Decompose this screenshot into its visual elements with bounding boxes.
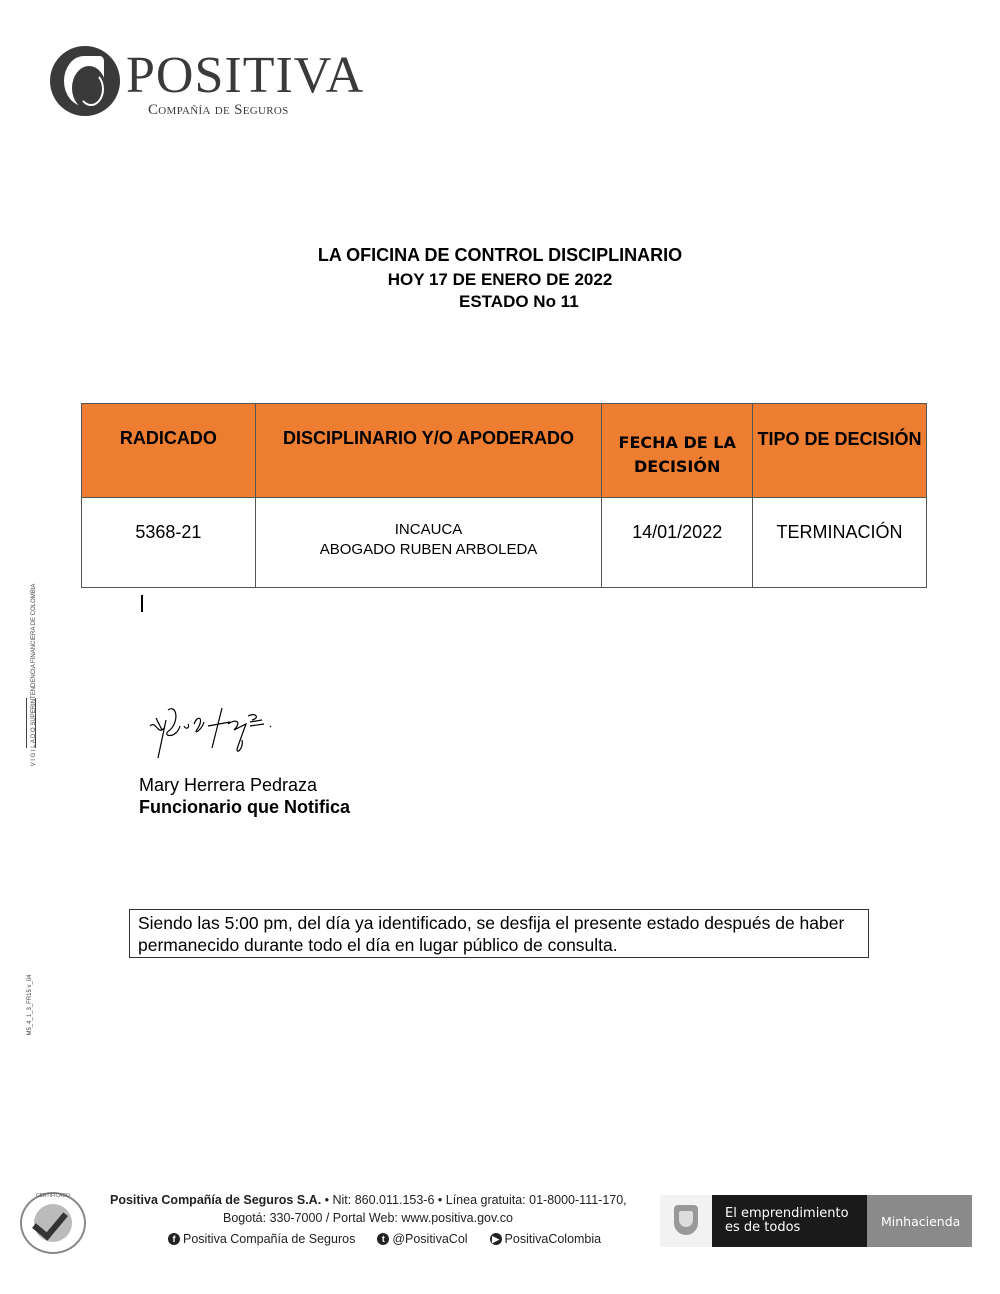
logo-name: POSITIVA	[126, 50, 364, 102]
social-twitter[interactable]: t @PositivaCol	[377, 1232, 467, 1246]
footer-social-links: f Positiva Compañía de Seguros t @Positi…	[168, 1232, 601, 1246]
twitter-icon: t	[377, 1233, 389, 1245]
col-tipo: TIPO DE DECISIÓN	[753, 404, 927, 498]
certification-seal-icon: CERTIFICADO	[20, 1192, 86, 1254]
government-banner: El emprendimiento es de todos Minhaciend…	[660, 1195, 972, 1247]
positiva-emblem-icon	[50, 46, 120, 116]
signatory-name: Mary Herrera Pedraza	[139, 775, 317, 796]
footer-company-line: Positiva Compañía de Seguros S.A. • Nit:…	[110, 1193, 627, 1207]
date-title: HOY 17 DE ENERO DE 2022	[0, 270, 1000, 290]
table-row: 5368-21 INCAUCA ABOGADO RUBEN ARBOLEDA 1…	[82, 498, 927, 588]
signature-image	[146, 700, 326, 760]
col-radicado: RADICADO	[82, 404, 256, 498]
social-youtube[interactable]: ▶ PositivaColombia	[490, 1232, 602, 1246]
social-facebook[interactable]: f Positiva Compañía de Seguros	[168, 1232, 355, 1246]
cell-disciplinario: INCAUCA ABOGADO RUBEN ARBOLEDA	[255, 498, 601, 588]
cell-radicado: 5368-21	[82, 498, 256, 588]
apoderado-name: ABOGADO RUBEN ARBOLEDA	[257, 540, 600, 560]
signatory-role: Funcionario que Notifica	[139, 797, 350, 818]
footer-company-name: Positiva Compañía de Seguros S.A.	[110, 1193, 321, 1207]
positiva-logo: POSITIVA Compañía de Seguros	[50, 46, 340, 126]
cell-tipo: TERMINACIÓN	[753, 498, 927, 588]
text-cursor-mark	[141, 595, 143, 612]
gov-ministry: Minhacienda	[867, 1195, 972, 1247]
cell-fecha: 14/01/2022	[602, 498, 753, 588]
gov-slogan: El emprendimiento es de todos	[712, 1195, 867, 1247]
logo-subtitle: Compañía de Seguros	[148, 102, 289, 119]
footer-web-line: Bogotá: 330-7000 / Portal Web: www.posit…	[223, 1211, 513, 1225]
office-title: LA OFICINA DE CONTROL DISCIPLINARIO	[0, 245, 1000, 266]
desfijacion-note: Siendo las 5:00 pm, del día ya identific…	[129, 909, 869, 958]
table-header-row: RADICADO DISCIPLINARIO Y/O APODERADO FEC…	[82, 404, 927, 498]
estado-table: RADICADO DISCIPLINARIO Y/O APODERADO FEC…	[81, 403, 927, 588]
colombia-coat-of-arms-icon	[660, 1195, 712, 1247]
col-fecha: FECHA DE LA DECISIÓN	[602, 404, 753, 498]
facebook-icon: f	[168, 1233, 180, 1245]
footer-contact: • Nit: 860.011.153-6 • Línea gratuita: 0…	[321, 1193, 627, 1207]
vigilado-label: V I G I L A D O SUPERINTENDENCIA FINANCI…	[22, 590, 46, 760]
col-disciplinario: DISCIPLINARIO Y/O APODERADO	[255, 404, 601, 498]
disciplinario-name: INCAUCA	[257, 520, 600, 540]
estado-number: ESTADO No 11	[459, 292, 579, 312]
form-code-label: M5_4_1_3_FR15 v_04	[22, 965, 38, 1045]
youtube-icon: ▶	[490, 1233, 502, 1245]
